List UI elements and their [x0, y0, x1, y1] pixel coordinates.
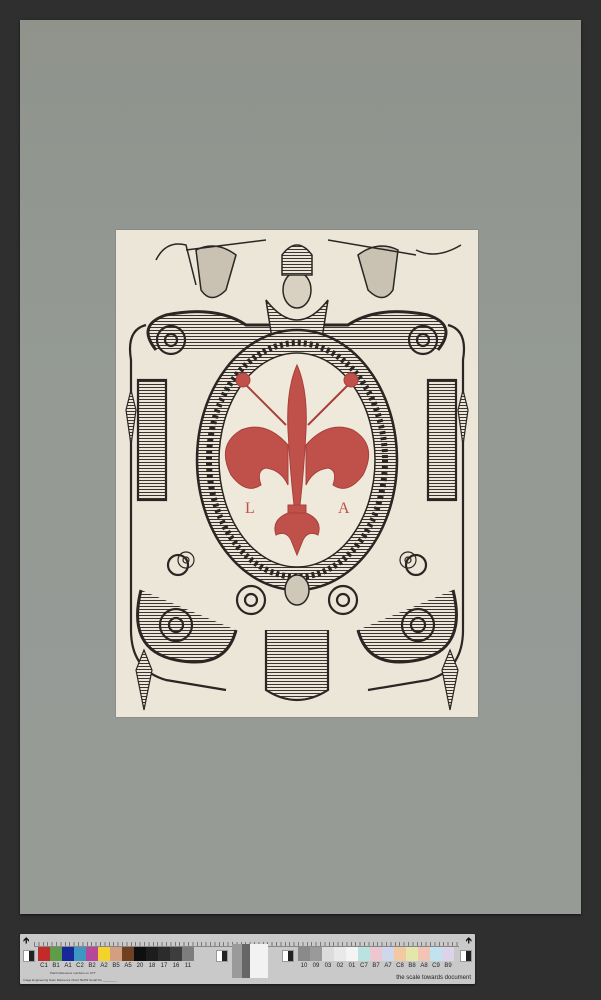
- initial-a: A: [338, 500, 350, 517]
- color-patch: [146, 947, 158, 961]
- grayscale-target: [23, 950, 35, 962]
- patch-label: A5: [122, 963, 134, 969]
- color-patch: [38, 947, 50, 961]
- color-patch: [322, 947, 334, 961]
- grayscale-target: [216, 950, 228, 962]
- patch-note: Patch Reference numbers on UTT: [50, 971, 96, 975]
- color-patch: [50, 947, 62, 961]
- patch-label: B8: [406, 963, 418, 969]
- color-patch: [406, 947, 418, 961]
- color-patch: [370, 947, 382, 961]
- scale-caption: the scale towards document: [396, 975, 471, 981]
- color-patch: [170, 947, 182, 961]
- color-patch: [298, 947, 310, 961]
- patch-label: 02: [334, 963, 346, 969]
- patch-label: C8: [394, 963, 406, 969]
- up-arrow-icon: 🡹: [23, 936, 29, 945]
- grayscale-target: [460, 950, 472, 962]
- gray-step-target: [230, 942, 270, 980]
- color-patch: [74, 947, 86, 961]
- patch-label: A7: [382, 963, 394, 969]
- chart-footer: Image Engineering Scan Reference Chart T…: [23, 978, 117, 982]
- patch-label: C1: [38, 963, 50, 969]
- color-patch: [62, 947, 74, 961]
- patch-label: 03: [322, 963, 334, 969]
- color-patch: [310, 947, 322, 961]
- ornamental-cartouche-illustration: L A: [116, 230, 478, 717]
- up-arrow-icon: 🡹: [466, 936, 472, 945]
- patch-label: 16: [170, 963, 182, 969]
- color-patch: [134, 947, 146, 961]
- patch-label: C2: [74, 963, 86, 969]
- color-patch: [430, 947, 442, 961]
- initial-l: L: [245, 500, 255, 517]
- color-patch: [182, 947, 194, 961]
- color-patch: [86, 947, 98, 961]
- color-reference-chart: 🡹 🡹 C1B1A1C2B2A2B5A52018171611 Patch Ref…: [20, 934, 475, 984]
- patch-label: B9: [442, 963, 454, 969]
- patch-label: 10: [298, 963, 310, 969]
- patch-label: 17: [158, 963, 170, 969]
- left-patch-labels: C1B1A1C2B2A2B5A52018171611: [38, 963, 194, 969]
- color-patch: [346, 947, 358, 961]
- right-color-patches: [298, 947, 454, 963]
- patch-label: B5: [110, 963, 122, 969]
- patch-label: C9: [430, 963, 442, 969]
- woodcut-print: L A: [116, 230, 478, 717]
- color-patch: [394, 947, 406, 961]
- patch-label: A1: [62, 963, 74, 969]
- left-color-patches: [38, 947, 194, 963]
- color-patch: [334, 947, 346, 961]
- patch-label: A2: [98, 963, 110, 969]
- patch-label: C7: [358, 963, 370, 969]
- patch-label: 20: [134, 963, 146, 969]
- color-patch: [158, 947, 170, 961]
- color-patch: [382, 947, 394, 961]
- patch-label: 11: [182, 963, 194, 969]
- grayscale-target: [282, 950, 294, 962]
- patch-label: B7: [370, 963, 382, 969]
- patch-label: 01: [346, 963, 358, 969]
- patch-label: A8: [418, 963, 430, 969]
- color-patch: [418, 947, 430, 961]
- patch-label: 09: [310, 963, 322, 969]
- color-patch: [98, 947, 110, 961]
- right-patch-labels: 1009030201C7B7A7C8B8A8C9B9: [298, 963, 454, 969]
- color-patch: [358, 947, 370, 961]
- color-patch: [442, 947, 454, 961]
- color-patch: [122, 947, 134, 961]
- patch-label: B2: [86, 963, 98, 969]
- patch-label: 18: [146, 963, 158, 969]
- color-patch: [110, 947, 122, 961]
- patch-label: B1: [50, 963, 62, 969]
